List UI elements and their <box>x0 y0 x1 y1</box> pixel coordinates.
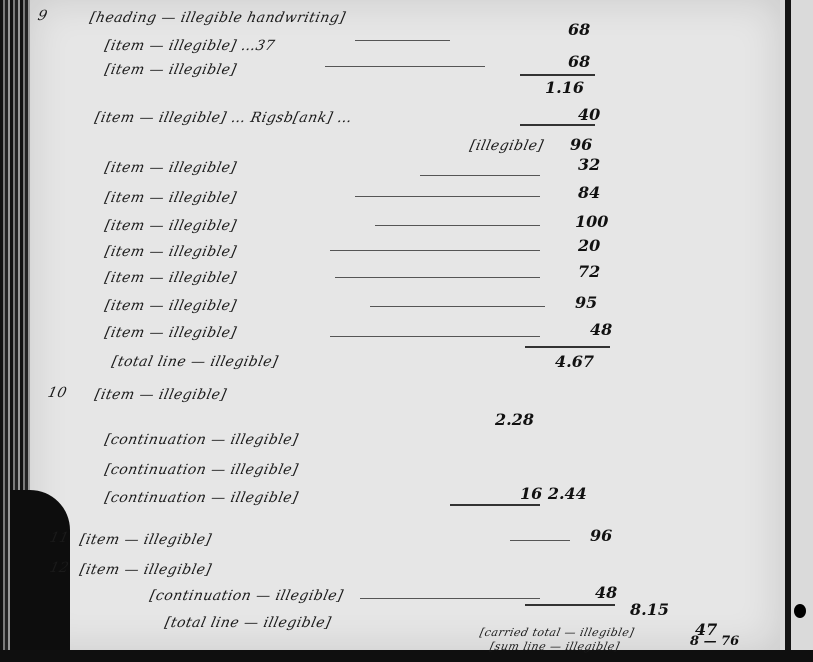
entry-amount: 16 2.44 <box>520 484 587 503</box>
facing-page <box>791 0 813 662</box>
entry-label: [carried total — illegible] <box>479 626 636 639</box>
entry-label: [item — illegible] …37 <box>103 38 276 54</box>
leader-line <box>325 66 485 67</box>
subtotal-rule <box>520 124 595 126</box>
entry-label: [item — illegible] <box>103 62 238 78</box>
entry-number: 12 <box>48 560 70 576</box>
leader-line <box>330 336 540 337</box>
page-bottom-edge <box>0 650 813 662</box>
entry-amount: 48 <box>590 320 612 339</box>
leader-line <box>510 540 570 541</box>
leader-line <box>330 250 540 251</box>
leader-line <box>370 306 545 307</box>
entry-label: [item — illegible] <box>103 298 238 314</box>
ink-blot <box>794 604 806 618</box>
subtotal-rule <box>450 504 540 506</box>
subtotal-rule <box>525 346 610 348</box>
entry-amount: 8 — 76 <box>690 634 739 649</box>
entry-label: [continuation — illegible] <box>103 490 299 506</box>
entry-label: [continuation — illegible] <box>103 432 299 448</box>
entry-amount: 40 <box>578 105 600 124</box>
entry-amount: 8.15 <box>630 600 669 619</box>
binding-shadow <box>10 490 70 662</box>
subtotal-rule <box>520 74 595 76</box>
entry-label: [item — illegible] <box>103 244 238 260</box>
entry-label: [item — illegible] <box>93 387 228 403</box>
entry-amount: 4.67 <box>555 352 594 371</box>
entry-label: [item — illegible] <box>103 218 238 234</box>
entry-amount: 32 <box>578 155 600 174</box>
entry-label: [total line — illegible] <box>110 354 279 370</box>
entry-label: [sum line — illegible] <box>489 640 621 653</box>
entry-label: [item — illegible] <box>103 190 238 206</box>
entry-amount: 1.16 <box>545 78 584 97</box>
entry-label: [item — illegible] … Rigsb[ank] … <box>93 110 354 126</box>
entry-amount: 72 <box>578 262 600 281</box>
entry-amount: 96 <box>570 135 592 154</box>
leader-line <box>335 277 540 278</box>
entry-label: [continuation — illegible] <box>148 588 344 604</box>
entry-amount: 68 <box>568 52 590 71</box>
entry-amount: 100 <box>575 212 608 231</box>
entry-amount: 95 <box>575 293 597 312</box>
entry-label: [item — illegible] <box>78 562 213 578</box>
leader-line <box>375 225 540 226</box>
leader-line <box>360 598 540 599</box>
subtotal-rule <box>525 604 615 606</box>
leader-line <box>355 40 450 41</box>
entry-label: [item — illegible] <box>103 160 238 176</box>
leader-line <box>420 175 540 176</box>
entry-amount: 84 <box>578 183 600 202</box>
entry-label: [item — illegible] <box>103 270 238 286</box>
entry-amount: 48 <box>595 583 617 602</box>
entry-label: [heading — illegible handwriting] <box>88 10 347 26</box>
entry-label: [total line — illegible] <box>163 615 332 631</box>
entry-label: [item — illegible] <box>103 325 238 341</box>
entry-number: 10 <box>46 385 68 401</box>
entry-amount: 68 <box>568 20 590 39</box>
entry-amount: 20 <box>578 236 600 255</box>
entry-amount: 2.28 <box>495 410 534 429</box>
entry-label: [illegible] <box>468 138 545 154</box>
entry-number: 11 <box>48 530 70 546</box>
entry-label: [continuation — illegible] <box>103 462 299 478</box>
leader-line <box>355 196 540 197</box>
entry-label: [item — illegible] <box>78 532 213 548</box>
entry-amount: 96 <box>590 526 612 545</box>
